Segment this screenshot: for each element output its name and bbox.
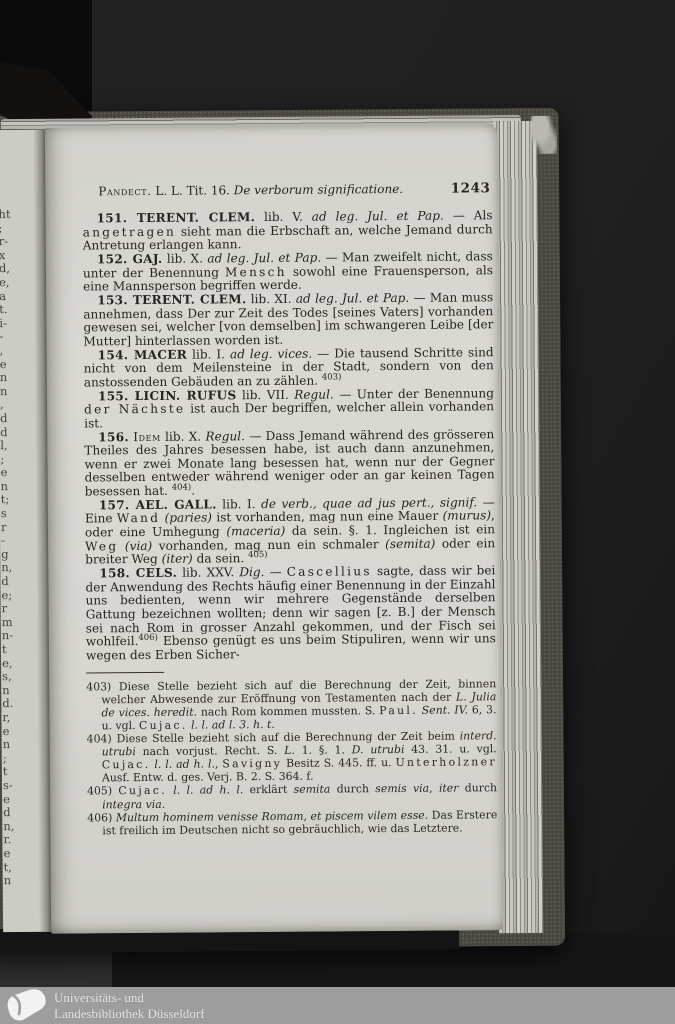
text-segment: Wand	[117, 511, 160, 525]
text-segment: D. utrubi	[352, 743, 405, 756]
edge-text-fragment: x	[0, 249, 11, 263]
text-segment: lib. XXV.	[177, 565, 239, 579]
text-segment: lib. V.	[255, 210, 312, 224]
header-title-ref: L. L. Tit. 16.	[151, 183, 233, 198]
footnote-separator	[86, 671, 164, 673]
edge-text-fragment: e	[1, 466, 13, 480]
edge-text-fragment: ;	[0, 453, 12, 467]
text-segment: ad leg. Jul. et Pap.	[312, 209, 444, 224]
edge-text-fragment: n	[3, 738, 15, 752]
page-text: Pandect. L. L. Tit. 16. De verborum sign…	[82, 180, 497, 837]
text-segment: Idem	[133, 429, 161, 443]
text-segment: 154. MACER	[98, 347, 188, 362]
edge-text-fragments: ht;r-xd,e,at.i--,enn,ddl,;ent;sr-gn,de;r…	[0, 208, 16, 888]
book-page: Pandect. L. L. Tit. 16. De verborum sign…	[45, 124, 503, 934]
text-segment: 157. AEL. GALL.	[99, 497, 217, 512]
text-segment: nach Rom kommen mussten. S.	[197, 704, 379, 718]
edge-text-fragment: r,	[2, 711, 14, 725]
footnote-number: 406)	[87, 811, 116, 824]
library-footer-bar: Universitäts- und Landesbibliothek Düsse…	[0, 987, 675, 1024]
cover-corner-fray	[531, 116, 557, 154]
edge-text-fragment: d	[3, 806, 15, 820]
book-photo: ht;r-xd,e,at.i--,enn,ddl,;ent;sr-gn,de;r…	[0, 108, 565, 951]
body-paragraphs: 151. TERENT. CLEM. lib. V. ad leg. Jul. …	[83, 209, 497, 663]
text-segment: ,	[215, 758, 223, 771]
edge-text-fragment: n-	[2, 629, 14, 643]
text-segment: (maceria)	[226, 524, 285, 538]
footnote-ref: 403)	[322, 372, 342, 382]
text-segment: vorhanden, mag nun ein schmaler	[152, 537, 385, 553]
edge-text-fragment: e	[0, 358, 12, 372]
edge-text-fragment: s,	[2, 670, 14, 684]
text-segment: .	[191, 484, 195, 498]
edge-text-fragment: ,	[0, 398, 12, 412]
body-paragraph: 157. AEL. GALL. lib. I. de verb., quae a…	[85, 496, 496, 567]
body-paragraph: 155. LICIN. RUFUS lib. VII. Regul. — Unt…	[84, 387, 494, 431]
footer-line2: Landesbibliothek Düsseldorf	[54, 1006, 205, 1022]
edge-text-fragment: r.	[3, 833, 15, 847]
text-segment: 156.	[98, 430, 129, 444]
text-segment: lib. VII.	[236, 387, 294, 401]
text-segment: ad leg. vices.	[230, 346, 312, 361]
text-segment: Dig.	[239, 565, 264, 579]
edge-text-fragment: i-	[0, 317, 11, 331]
page-number: 1243	[451, 180, 491, 196]
footnote-ref: 405)	[248, 550, 268, 560]
text-segment: semis via	[375, 782, 429, 795]
edge-text-fragment: d	[1, 575, 13, 589]
text-segment: da sein.	[193, 552, 248, 566]
edge-text-fragment: t,	[4, 861, 16, 875]
edge-text-fragment: d,	[0, 262, 11, 276]
header-title-work: Pandect.	[98, 184, 151, 198]
text-segment: (via)	[125, 539, 152, 553]
ulb-logo-icon	[5, 989, 47, 1022]
text-segment: Regul.	[294, 387, 334, 401]
edge-text-fragment: ,	[0, 344, 12, 358]
edge-text-fragment: ht	[0, 208, 11, 222]
text-segment: ,	[429, 782, 439, 795]
footnote: 406) Multum hominem venisse Romam, et pi…	[87, 808, 497, 837]
edge-text-fragment: -	[1, 534, 13, 548]
edge-text-fragment: t	[2, 643, 14, 657]
body-paragraph: 153. TERENT. CLEM. lib. XI. ad leg. Jul.…	[83, 291, 493, 349]
edge-text-fragment: s-	[3, 779, 15, 793]
text-segment: angetragen	[83, 224, 177, 239]
body-paragraph: 151. TERENT. CLEM. lib. V. ad leg. Jul. …	[83, 209, 493, 253]
footnote-number: 405)	[87, 785, 118, 798]
text-segment: Besitz S. 445. ff. u.	[282, 756, 395, 770]
text-segment: — Als	[444, 208, 493, 222]
text-segment: (paries)	[165, 511, 213, 525]
text-segment: Diese Stelle bezieht sich auf die Berech…	[101, 677, 496, 706]
text-segment: Unterholzner	[396, 755, 497, 769]
edge-text-fragment: d.	[2, 697, 14, 711]
body-paragraph: 154. MACER lib. I. ad leg. vices. — Die …	[84, 346, 494, 390]
footnote-ref: 406)	[138, 633, 158, 643]
text-segment: ad leg. Jul. et Pap.	[207, 251, 321, 266]
edge-text-fragment: t	[3, 765, 15, 779]
body-paragraph: 152. GAJ. lib. X. ad leg. Jul. et Pap. —…	[83, 250, 493, 294]
text-segment: Cujac.	[102, 758, 151, 771]
text-segment: ad leg. Jul. et Pap.	[296, 291, 410, 306]
text-segment: l. l. ad l. 3. h. t.	[191, 718, 275, 732]
text-segment: 152. GAJ.	[97, 252, 163, 267]
footnote-number: 403)	[86, 680, 119, 693]
edge-text-fragment: l,	[0, 439, 12, 453]
text-segment: iter	[439, 782, 459, 795]
text-segment: durch	[330, 783, 375, 796]
edge-text-fragment: d	[0, 412, 12, 426]
scan-viewport: ht;r-xd,e,at.i--,enn,ddl,;ent;sr-gn,de;r…	[0, 0, 675, 1024]
edge-text-fragment: r-	[0, 235, 11, 249]
edge-text-fragment: a	[0, 290, 11, 304]
text-segment: lib. XI.	[246, 292, 295, 306]
text-segment: (iter)	[162, 552, 193, 566]
edge-text-fragment: n	[1, 480, 13, 494]
text-segment: erklärt	[243, 783, 294, 796]
text-segment: Savigny	[222, 757, 282, 770]
text-segment: Mensch	[225, 264, 287, 278]
text-segment: integra via	[102, 797, 162, 810]
text-segment: lib. X.	[162, 251, 207, 265]
text-segment: —	[264, 565, 286, 579]
edge-text-fragment: n,	[1, 561, 13, 575]
footnotes-section: 403) Diese Stelle bezieht sich auf die B…	[86, 677, 497, 837]
footnote: 405) Cujac. l. l. ad h. l. erklärt semit…	[87, 782, 497, 811]
left-page-sliver: ht;r-xd,e,at.i--,enn,ddl,;ent;sr-gn,de;r…	[0, 130, 51, 932]
text-segment: 1. §. 1.	[295, 743, 352, 756]
edge-text-fragment: t;	[1, 493, 13, 507]
text-segment: durch	[458, 782, 497, 795]
edge-text-fragment: r	[2, 602, 14, 616]
text-segment: lib. X.	[161, 429, 206, 443]
text-segment: semita	[294, 783, 331, 796]
edge-text-fragment: e	[3, 725, 15, 739]
edge-text-fragment: d	[0, 426, 12, 440]
text-segment: der Nächste	[84, 402, 185, 417]
edge-text-fragment: e	[3, 793, 15, 807]
text-segment: L.	[284, 744, 295, 757]
text-segment: .	[162, 797, 166, 810]
edge-text-fragment: g	[1, 548, 13, 562]
edge-text-fragment: -	[0, 330, 12, 344]
text-segment: lib. I.	[217, 497, 261, 511]
footnote-ref: 404)	[172, 483, 192, 493]
edge-text-fragment: n,	[3, 820, 15, 834]
edge-text-fragment: s	[1, 507, 13, 521]
text-segment: Cujac.	[139, 719, 188, 732]
edge-text-fragment: ;	[3, 752, 15, 766]
header-title: Pandect. L. L. Tit. 16. De verborum sign…	[98, 182, 403, 198]
running-header: Pandect. L. L. Tit. 16. De verborum sign…	[98, 180, 490, 199]
text-segment: Weg	[85, 539, 118, 553]
footer-line1: Universitäts- und	[54, 990, 205, 1006]
text-segment: 43. 31. u. vgl.	[404, 742, 496, 756]
text-segment: (murus)	[442, 509, 491, 523]
text-segment: l. l. ad h. l.	[173, 784, 243, 798]
text-segment: 158. CELS.	[99, 566, 177, 581]
text-segment: nach vorjust. Recht. S.	[136, 744, 285, 758]
edge-text-fragment: ;	[0, 222, 11, 236]
edge-text-fragment: n	[0, 371, 12, 385]
text-segment: l. l. ad h. l.	[154, 758, 215, 771]
edge-text-fragment: e,	[2, 657, 14, 671]
text-segment: Regul.	[205, 429, 245, 443]
edge-text-fragment: n	[4, 874, 16, 888]
edge-text-fragment: n	[2, 684, 14, 698]
text-segment: Sent. IV.	[422, 703, 468, 716]
body-paragraph: 156. Idem lib. X. Regul. — Dass Jemand w…	[84, 428, 495, 499]
edge-text-fragment: e,	[0, 276, 11, 290]
text-segment: lib. I.	[187, 347, 230, 361]
edge-text-fragment: r	[1, 521, 13, 535]
footnote: 404) Diese Stelle bezieht sich auf die B…	[87, 729, 497, 785]
edge-text-fragment: t.	[0, 303, 11, 317]
body-paragraph: 158. CELS. lib. XXV. Dig. — Cascellius s…	[85, 564, 496, 663]
footnote-number: 404)	[87, 732, 117, 745]
library-name: Universitäts- und Landesbibliothek Düsse…	[54, 990, 205, 1021]
edge-text-fragment: n	[0, 385, 12, 399]
edge-text-fragment: e	[3, 847, 15, 861]
text-segment: Cujac.	[118, 784, 167, 797]
text-segment: Cascellius	[287, 564, 372, 579]
header-title-latin: De verborum significatione.	[234, 182, 403, 197]
text-segment: Paul.	[379, 704, 418, 717]
edge-text-fragment: m	[2, 616, 14, 630]
text-segment: (semita)	[385, 536, 435, 550]
edge-text-fragment: e;	[1, 589, 13, 603]
footnote: 403) Diese Stelle bezieht sich auf die B…	[86, 677, 496, 733]
